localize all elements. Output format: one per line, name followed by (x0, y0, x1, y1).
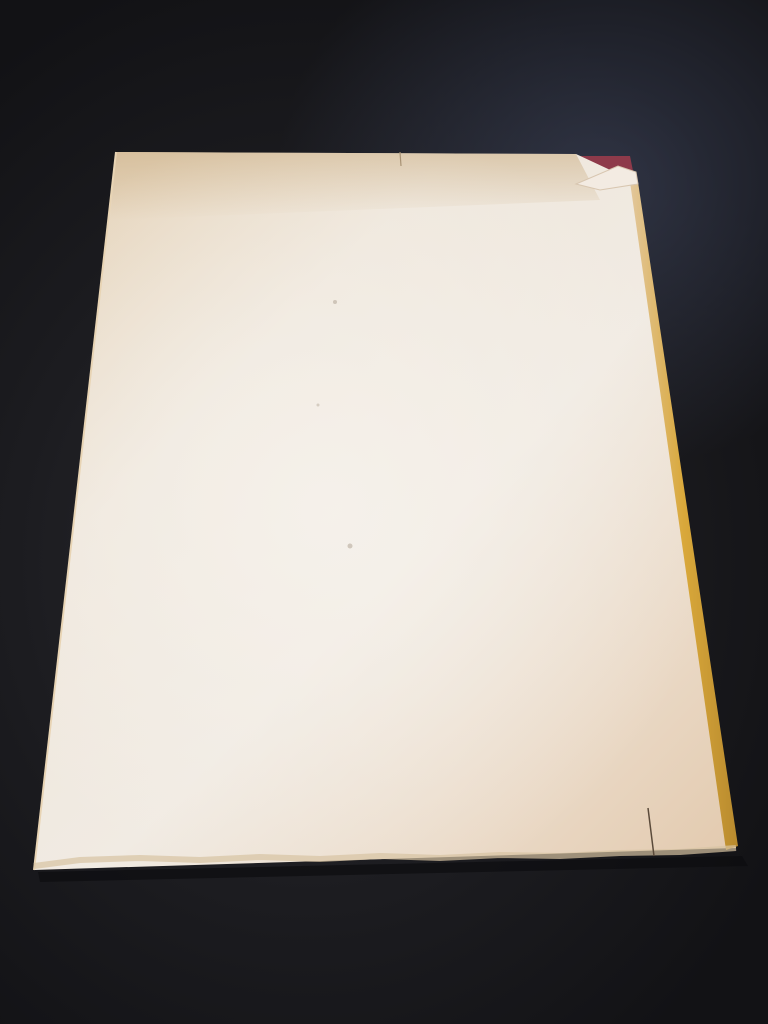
photo-scene (0, 0, 768, 1024)
book-illustration (0, 0, 768, 1024)
jacket-glow (34, 152, 736, 870)
spot-mark (317, 404, 320, 407)
spot-mark (348, 544, 353, 549)
spot-mark (333, 300, 337, 304)
